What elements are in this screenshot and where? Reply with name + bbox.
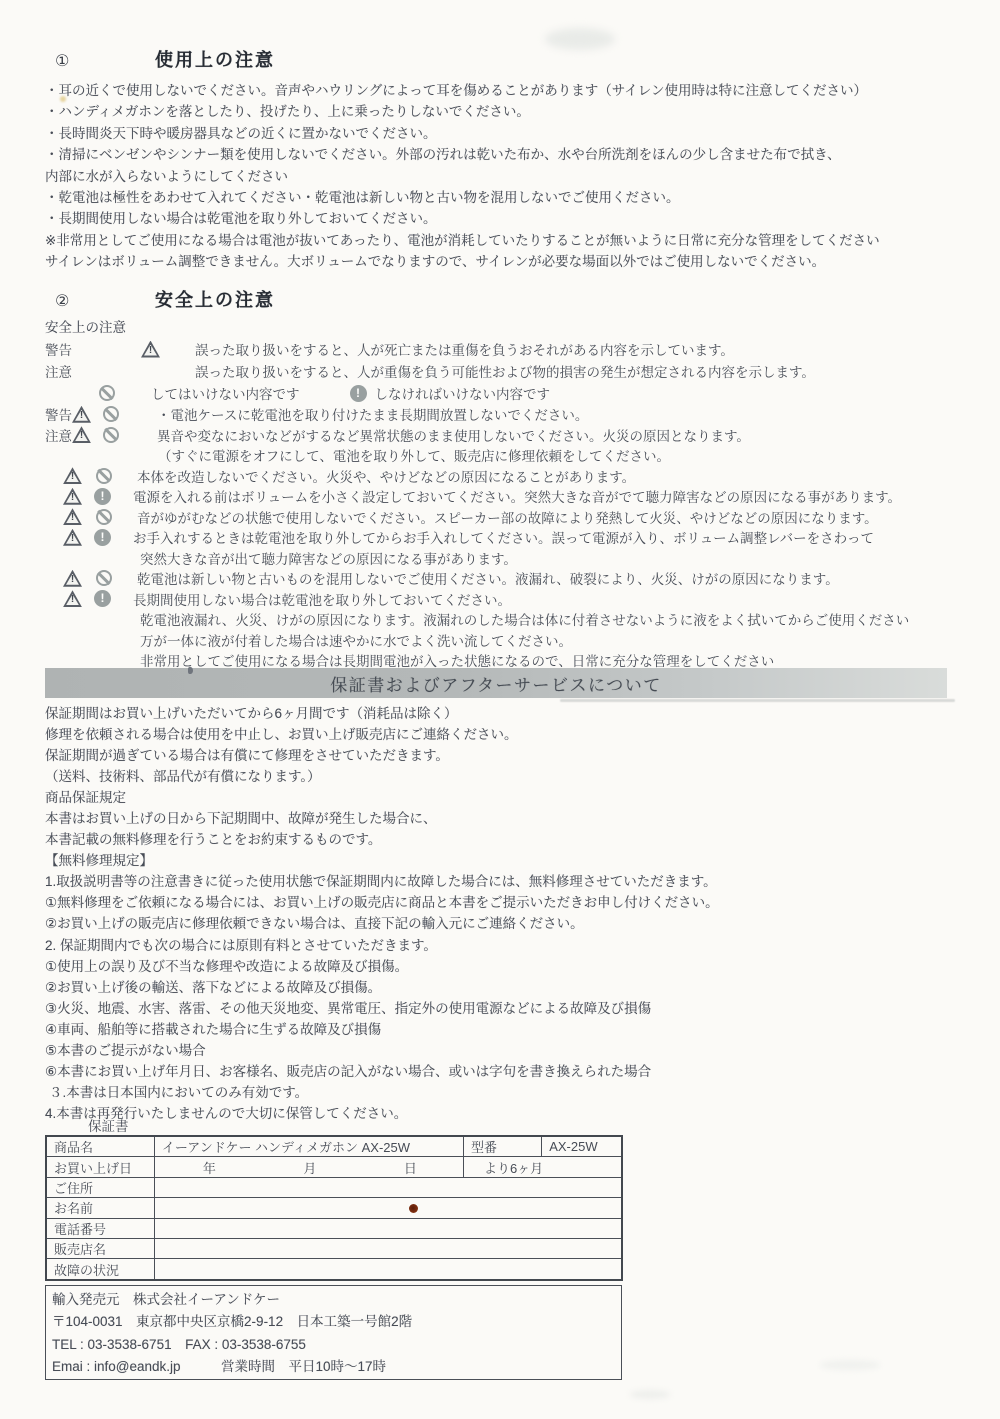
section2-header: ② 安全上の注意 xyxy=(55,286,275,312)
warranty-line: 保証期間はお買い上げいただいてから6ヶ月間です（消耗品は除く） xyxy=(45,703,980,724)
prohibition-icon xyxy=(103,427,119,443)
warranty-line: ④車両、船舶等に搭載された場合に生ずる故障及び損傷 xyxy=(45,1019,980,1040)
safety-row-text: 乾電池液漏れ、火災、けがの原因になります。液漏れのした場合は体に付着させないよう… xyxy=(140,609,909,629)
date-month-label: 月 xyxy=(303,1158,316,1177)
address-label: ご住所 xyxy=(46,1177,154,1197)
safety-row-text: お手入れするときは乾電池を取り外してからお手入れしてください。誤って電源が入り、… xyxy=(133,527,874,547)
safety-row: （すぐに電源をオフにして、電池を取り外して、販売店に修理依頼をしてください。 xyxy=(45,445,909,466)
warranty-line: 4.本書は再発行いたしませんので大切に保管してください。 xyxy=(45,1103,980,1124)
failure-field xyxy=(154,1259,622,1280)
precaution-line: ・清掃にベンゼンやシンナー類を使用しないでください。外部の汚れは乾いた布か、水や… xyxy=(45,144,980,165)
warning-triangle-icon: ! xyxy=(63,488,82,505)
warning-triangle-icon: ! xyxy=(72,426,91,443)
section2-title: 安全上の注意 xyxy=(155,286,275,312)
warning-definition-text: 誤った取り扱いをすると、人が死亡または重傷を負うおそれがある内容を示しています。 xyxy=(195,339,734,359)
product-name-value: イーアンドケー ハンディメガホン AX-25W xyxy=(154,1136,463,1157)
section1-title: 使用上の注意 xyxy=(155,46,275,72)
table-row: 故障の状況 xyxy=(46,1259,622,1280)
product-name-label: 商品名 xyxy=(46,1136,154,1157)
warranty-line: ３.本書は日本国内においてのみ有効です。 xyxy=(45,1082,980,1103)
store-label: 販売店名 xyxy=(46,1238,154,1258)
warranty-line: ①使用上の誤り及び不当な修理や改造による故障及び損傷。 xyxy=(45,956,980,977)
warranty-line: 1.取扱説明書等の注意書きに従った使用状態で保証期間内に故障した場合には、無料修… xyxy=(45,871,980,892)
warning-triangle-icon: ! xyxy=(141,341,160,358)
mandatory-definition-text: しなければいけない内容です xyxy=(375,383,551,403)
precaution-line: 内部に水が入らないようにしてください xyxy=(45,166,980,187)
warranty-line: ①無料修理をご依頼になる場合には、お買い上げの販売店に商品と本書をご提示いただき… xyxy=(45,892,980,913)
safety-rules-list: 警告 ! ・電池ケースに乾電池を取り付けたまま長期間放置しないでください。 注意… xyxy=(45,404,909,671)
prohibition-icon xyxy=(103,406,119,422)
warranty-line: 本書記載の無料修理を行うことをお約束するものです。 xyxy=(45,829,980,850)
importer-address: 〒104-0031 東京都中央区京橋2-9-12 日本工築一号館2階 xyxy=(46,1311,621,1333)
precaution-line: ・長期間使用しない場合は乾電池を取り外しておいてください。 xyxy=(45,208,980,229)
safety-row: 突然大きな音が出て聴力障害などの原因になる事があります。 xyxy=(45,548,909,569)
safety-row: ! 本体を改造しないでください。火災や、やけどなどの原因になることがあります。 xyxy=(45,466,909,487)
warranty-line: （送料、技術料、部品代が有償になります。） xyxy=(45,766,980,787)
prohibition-definition-text: してはいけない内容です xyxy=(151,383,300,403)
prohibition-icon xyxy=(96,570,112,586)
warranty-line: 保証期間が過ぎている場合は有償にて修理をさせていただきます。 xyxy=(45,745,980,766)
warranty-card-table: 商品名 イーアンドケー ハンディメガホン AX-25W 型番 AX-25W お買… xyxy=(45,1135,623,1281)
safety-row-text: （すぐに電源をオフにして、電池を取り外して、販売店に修理依頼をしてください。 xyxy=(158,445,670,465)
safety-row-text: 万が一体に液が付着した場合は速やかに水でよく洗い流してください。 xyxy=(140,630,572,650)
safety-definition-row: してはいけない内容です しなければいけない内容です xyxy=(45,382,815,404)
scanned-document-page: ① 使用上の注意 ・耳の近くで使用しないでください。音声やハウリングによって耳を… xyxy=(0,0,1000,1419)
warranty-line: 本書はお買い上げの日から下記期間中、故障が発生した場合に、 xyxy=(45,808,980,829)
warranty-line: 修理を依頼される場合は使用を中止し、お買い上げ販売店にご連絡ください。 xyxy=(45,724,980,745)
safety-row-text: 長期間使用しない場合は乾電池を取り外しておいてください。 xyxy=(133,589,511,609)
warranty-line: ②お買い上げ後の輸送、落下などによる故障及び損傷。 xyxy=(45,977,980,998)
safety-row: ! 乾電池は新しい物と古いものを混用しないでご使用ください。液漏れ、破裂により、… xyxy=(45,568,909,589)
date-year-label: 年 xyxy=(203,1158,216,1177)
scan-smudge xyxy=(545,28,615,50)
date-day-label: 日 xyxy=(404,1158,417,1177)
precaution-line: ・乾電池は極性をあわせて入れてください・乾電池は新しい物と古い物を混用しないでご… xyxy=(45,187,980,208)
warranty-line: ③火災、地震、水害、落雷、その他天災地変、異常電圧、指定外の使用電源などによる故… xyxy=(45,998,980,1019)
precaution-line: ※非常用としてご使用になる場合は電池が抜いてあったり、電池が消耗していたりするこ… xyxy=(45,230,980,251)
importer-name: 輸入発売元 株式会社イーアンドケー xyxy=(46,1289,621,1311)
warranty-card-label: 保証書 xyxy=(88,1115,129,1135)
importer-email-hours: Emai : info@eandk.jp 営業時間 平日10時～17時 xyxy=(46,1356,621,1378)
failure-label: 故障の状況 xyxy=(46,1259,154,1280)
store-field xyxy=(154,1238,622,1258)
importer-tel-fax: TEL : 03-3538-6751 FAX : 03-3538-6755 xyxy=(46,1334,621,1356)
safety-row: 万が一体に液が付着した場合は速やかに水でよく洗い流してください。 xyxy=(45,630,909,651)
phone-label: 電話番号 xyxy=(46,1218,154,1238)
safety-row-text: 乾電池は新しい物と古いものを混用しないでご使用ください。液漏れ、破裂により、火災… xyxy=(137,568,839,588)
purchase-date-label: お買い上げ日 xyxy=(46,1157,154,1177)
warning-triangle-icon: ! xyxy=(63,467,82,484)
section1-header: ① 使用上の注意 xyxy=(55,46,275,72)
safety-row-text: ・電池ケースに乾電池を取り付けたまま長期間放置しないでください。 xyxy=(157,404,588,424)
name-label: お名前 xyxy=(46,1198,154,1218)
prohibition-icon xyxy=(99,385,115,401)
safety-row: ! お手入れするときは乾電池を取り外してからお手入れしてください。誤って電源が入… xyxy=(45,527,909,548)
mandatory-icon xyxy=(94,590,111,607)
precaution-line: ・長時間炎天下時や暖房器具などの近くに置かないでください。 xyxy=(45,123,980,144)
section2-number: ② xyxy=(55,291,155,311)
scan-smudge xyxy=(820,1360,880,1370)
safety-row: ! 音がゆがむなどの状態で使用しないでください。スピーカー部の故障により発熱して… xyxy=(45,507,909,528)
prohibition-icon xyxy=(96,468,112,484)
precaution-line: ・耳の近くで使用しないでください。音声やハウリングによって耳を傷めることがありま… xyxy=(45,80,980,101)
caution-definition-text: 誤った取り扱いをすると、人が重傷を負う可能性および物的損害の発生が想定される内容… xyxy=(195,361,815,381)
table-row: 販売店名 xyxy=(46,1238,622,1258)
model-label: 型番 xyxy=(463,1136,541,1157)
warranty-banner-title: 保証書およびアフターサービスについて xyxy=(330,671,661,696)
precaution-line: ・ハンディメガホンを落としたり、投げたり、上に乗ったりしないでください。 xyxy=(45,101,980,122)
mandatory-icon xyxy=(94,488,111,505)
safety-row: 注意 ! 異音や変なにおいなどがするなど異常状態のまま使用しないでください。火災… xyxy=(45,425,909,446)
address-field xyxy=(154,1177,622,1197)
warranty-line: 【無料修理規定】 xyxy=(45,850,980,871)
safety-row: 警告 ! ・電池ケースに乾電池を取り付けたまま長期間放置しないでください。 xyxy=(45,404,909,425)
warning-triangle-icon: ! xyxy=(63,508,82,525)
warning-triangle-icon: ! xyxy=(63,590,82,607)
section2-subtitle: 安全上の注意 xyxy=(45,316,126,336)
caution-label: 注意 xyxy=(45,361,80,381)
safety-row-text: 本体を改造しないでください。火災や、やけどなどの原因になることがあります。 xyxy=(137,466,635,486)
importer-info-box: 輸入発売元 株式会社イーアンドケー 〒104-0031 東京都中央区京橋2-9-… xyxy=(45,1285,622,1380)
section1-number: ① xyxy=(55,51,155,71)
scan-streak xyxy=(560,699,955,702)
scan-smudge xyxy=(630,1390,670,1399)
usage-precautions-list: ・耳の近くで使用しないでください。音声やハウリングによって耳を傷めることがありま… xyxy=(45,80,980,273)
table-row: 商品名 イーアンドケー ハンディメガホン AX-25W 型番 AX-25W xyxy=(46,1136,622,1157)
table-row: お買い上げ日 年 月 日 より6ヶ月 xyxy=(46,1157,622,1177)
warranty-line: ⑥本書にお買い上げ年月日、お客様名、販売店の記入がない場合、或いは字句を書き換え… xyxy=(45,1061,980,1082)
warning-triangle-icon: ! xyxy=(63,529,82,546)
model-value: AX-25W xyxy=(542,1136,622,1157)
table-row: お名前 xyxy=(46,1198,622,1218)
warranty-terms: 保証期間はお買い上げいただいてから6ヶ月間です（消耗品は除く） 修理を依頼される… xyxy=(45,703,980,1124)
mandatory-icon xyxy=(350,385,367,402)
warranty-line: ⑤本書のご提示がない場合 xyxy=(45,1040,980,1061)
purchase-date-field: 年 月 日 xyxy=(154,1157,463,1177)
table-row: 電話番号 xyxy=(46,1218,622,1238)
mandatory-icon xyxy=(94,529,111,546)
safety-definition-row: 注意 誤った取り扱いをすると、人が重傷を負う可能性および物的損害の発生が想定され… xyxy=(45,360,815,382)
warning-triangle-icon: ! xyxy=(72,406,91,423)
safety-definitions: 警告 ! 誤った取り扱いをすると、人が死亡または重傷を負うおそれがある内容を示し… xyxy=(45,338,815,404)
safety-row: ! 長期間使用しない場合は乾電池を取り外しておいてください。 xyxy=(45,589,909,610)
table-row: ご住所 xyxy=(46,1177,622,1197)
warning-triangle-icon: ! xyxy=(63,570,82,587)
prohibition-icon xyxy=(96,509,112,525)
safety-row-text: 電源を入れる前はボリュームを小さく設定しておいてください。突然大きな音がでて聴力… xyxy=(133,486,901,506)
warranty-line: 商品保証規定 xyxy=(45,787,980,808)
safety-row: ! 電源を入れる前はボリュームを小さく設定しておいてください。突然大きな音がでて… xyxy=(45,486,909,507)
safety-row-text: 突然大きな音が出て聴力障害などの原因になる事があります。 xyxy=(140,548,517,568)
safety-row-text: 異音や変なにおいなどがするなど異常状態のまま使用しないでください。火災の原因とな… xyxy=(157,425,750,445)
safety-row-text: 音がゆがむなどの状態で使用しないでください。スピーカー部の故障により発熱して火災… xyxy=(137,507,878,527)
precaution-line: サイレンはボリューム調整できません。大ボリュームでなりますので、サイレンが必要な… xyxy=(45,251,980,272)
phone-field xyxy=(154,1218,622,1238)
warranty-line: 2. 保証期間内でも次の場合には原則有料とさせていただきます。 xyxy=(45,935,980,956)
warranty-duration: より6ヶ月 xyxy=(463,1157,622,1177)
warranty-line: ②お買い上げの販売店に修理依頼できない場合は、直接下記の輸入元にご連絡ください。 xyxy=(45,913,980,934)
warning-label: 警告 xyxy=(45,339,80,359)
name-field xyxy=(154,1198,622,1218)
safety-row: 乾電池液漏れ、火災、けがの原因になります。液漏れのした場合は体に付着させないよう… xyxy=(45,609,909,630)
warranty-banner: 保証書およびアフターサービスについて xyxy=(45,668,947,698)
safety-definition-row: 警告 ! 誤った取り扱いをすると、人が死亡または重傷を負うおそれがある内容を示し… xyxy=(45,338,815,360)
